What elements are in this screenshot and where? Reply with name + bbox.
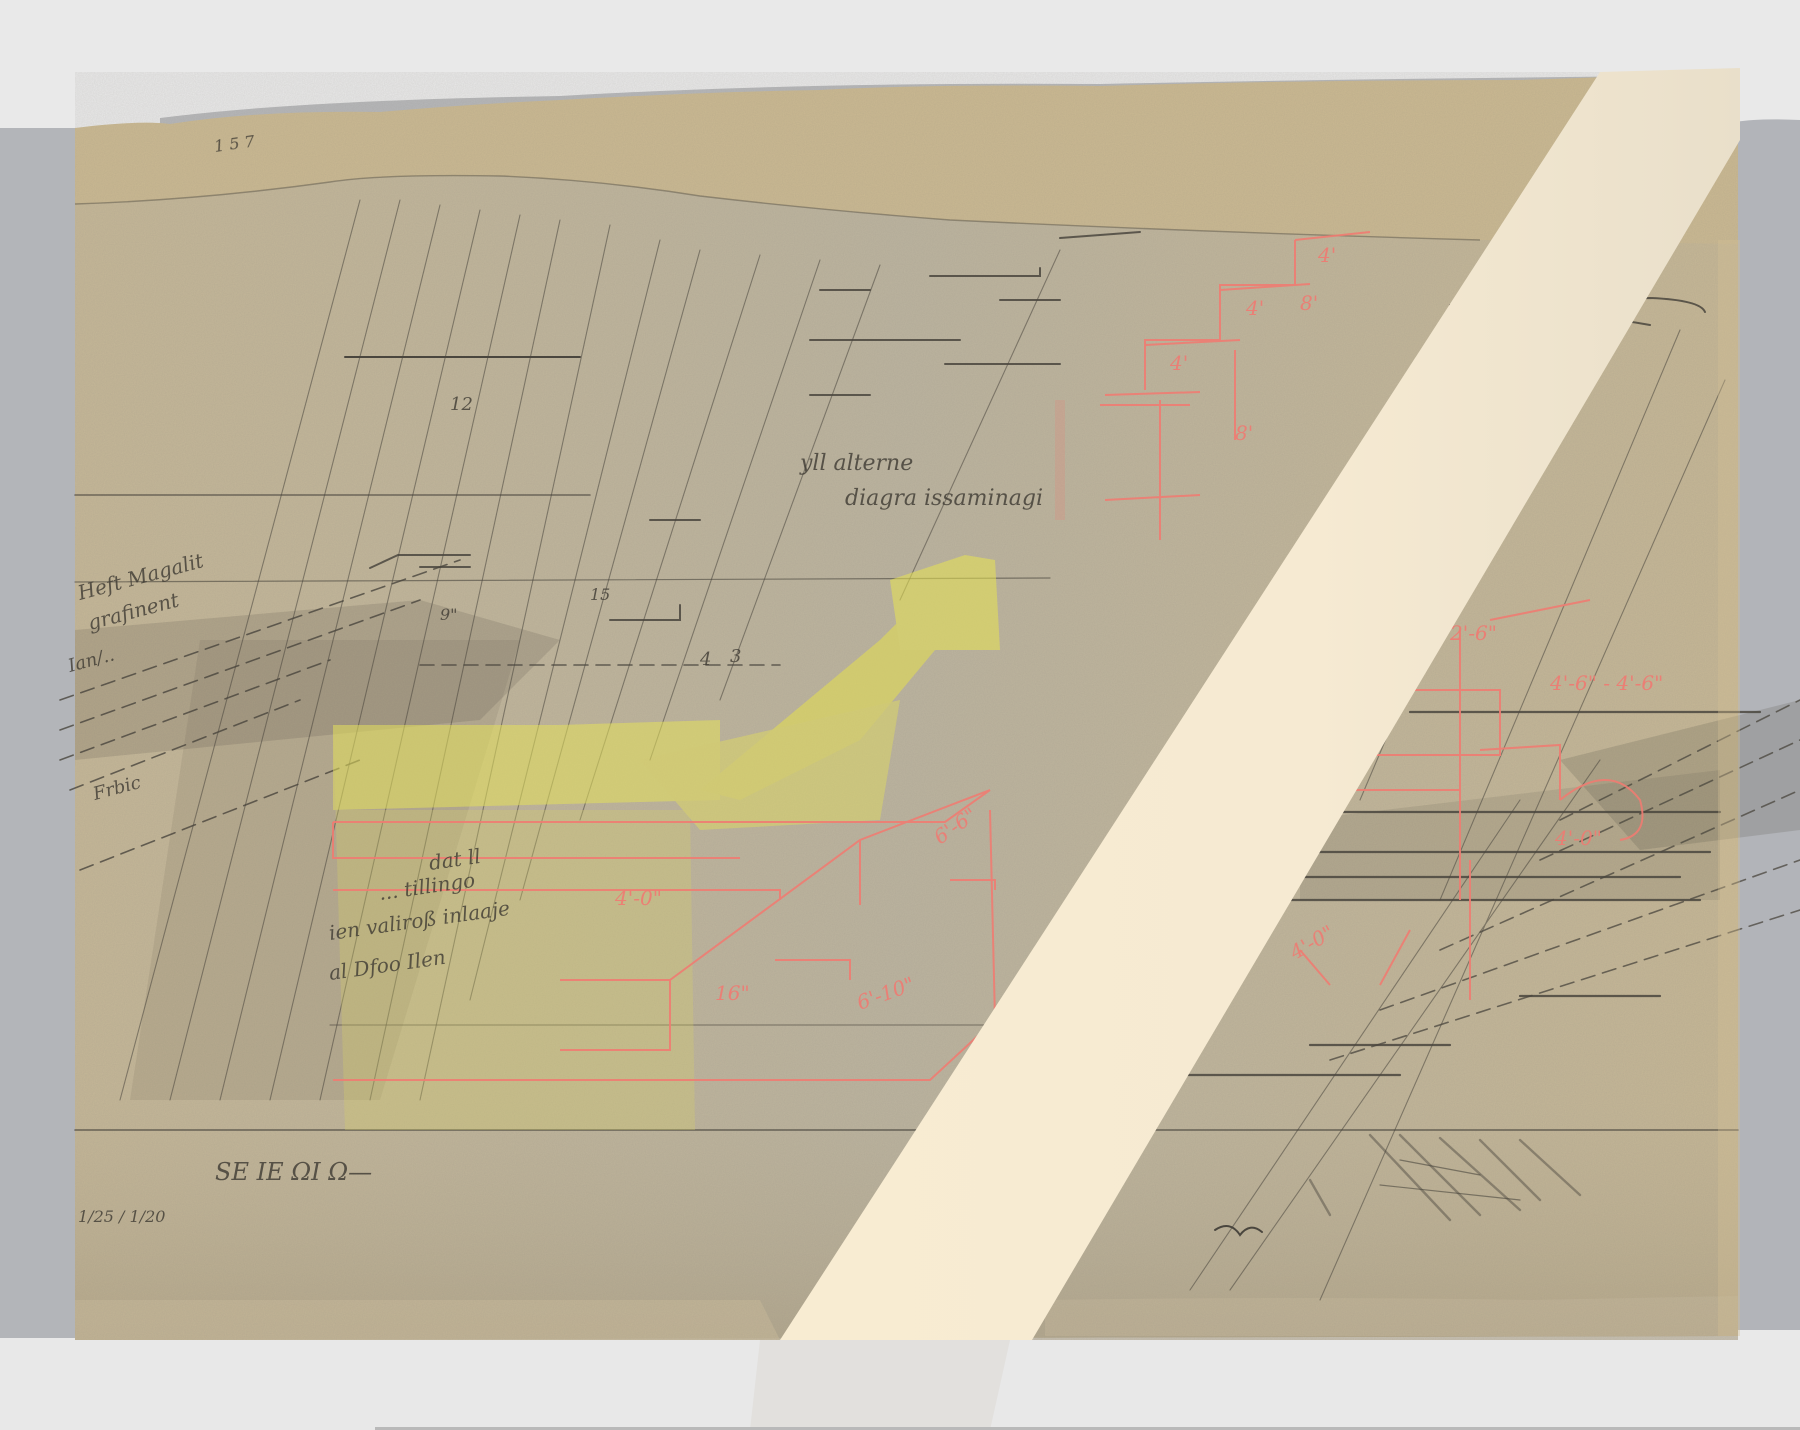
red-label: 8' [1300, 291, 1318, 315]
handwriting-line: diagra issaminagi [845, 486, 1043, 511]
scale-mark: 15 [590, 585, 610, 604]
red-note: 2'-6" [1449, 621, 1497, 645]
red-label: 4'-0" [614, 886, 662, 910]
red-note: 4'-0" [1554, 826, 1602, 850]
scale-mark: 4 [699, 649, 711, 670]
red-label: 4' [1317, 243, 1336, 267]
signature-scribble: SE ΙΕ ΩΙ Ω— [215, 1158, 372, 1186]
handwriting-line: yll alterne [799, 451, 913, 476]
scale-mark: 9" [440, 605, 458, 624]
red-label: 4' [1169, 351, 1188, 375]
scale-mark: 12 [450, 394, 473, 415]
red-label: 8' [1235, 421, 1253, 445]
scale-mark: 3 [730, 646, 741, 667]
paper-right-edge [1718, 240, 1740, 1336]
strip-shadow [750, 1340, 1010, 1430]
artwork-photo: 4' 4' 4' 8' 8' 6'-6" 4'-0" 16" 6'-10" 10… [0, 0, 1800, 1430]
red-label: 16" [715, 981, 750, 1005]
bottom-left-numbers: 1/25 / 1/20 [78, 1207, 165, 1226]
red-label: 4' [1245, 296, 1264, 320]
sketch-canvas: 4' 4' 4' 8' 8' 6'-6" 4'-0" 16" 6'-10" 10… [0, 0, 1800, 1430]
red-note: 4'-6" - 4'-6" [1549, 671, 1663, 695]
